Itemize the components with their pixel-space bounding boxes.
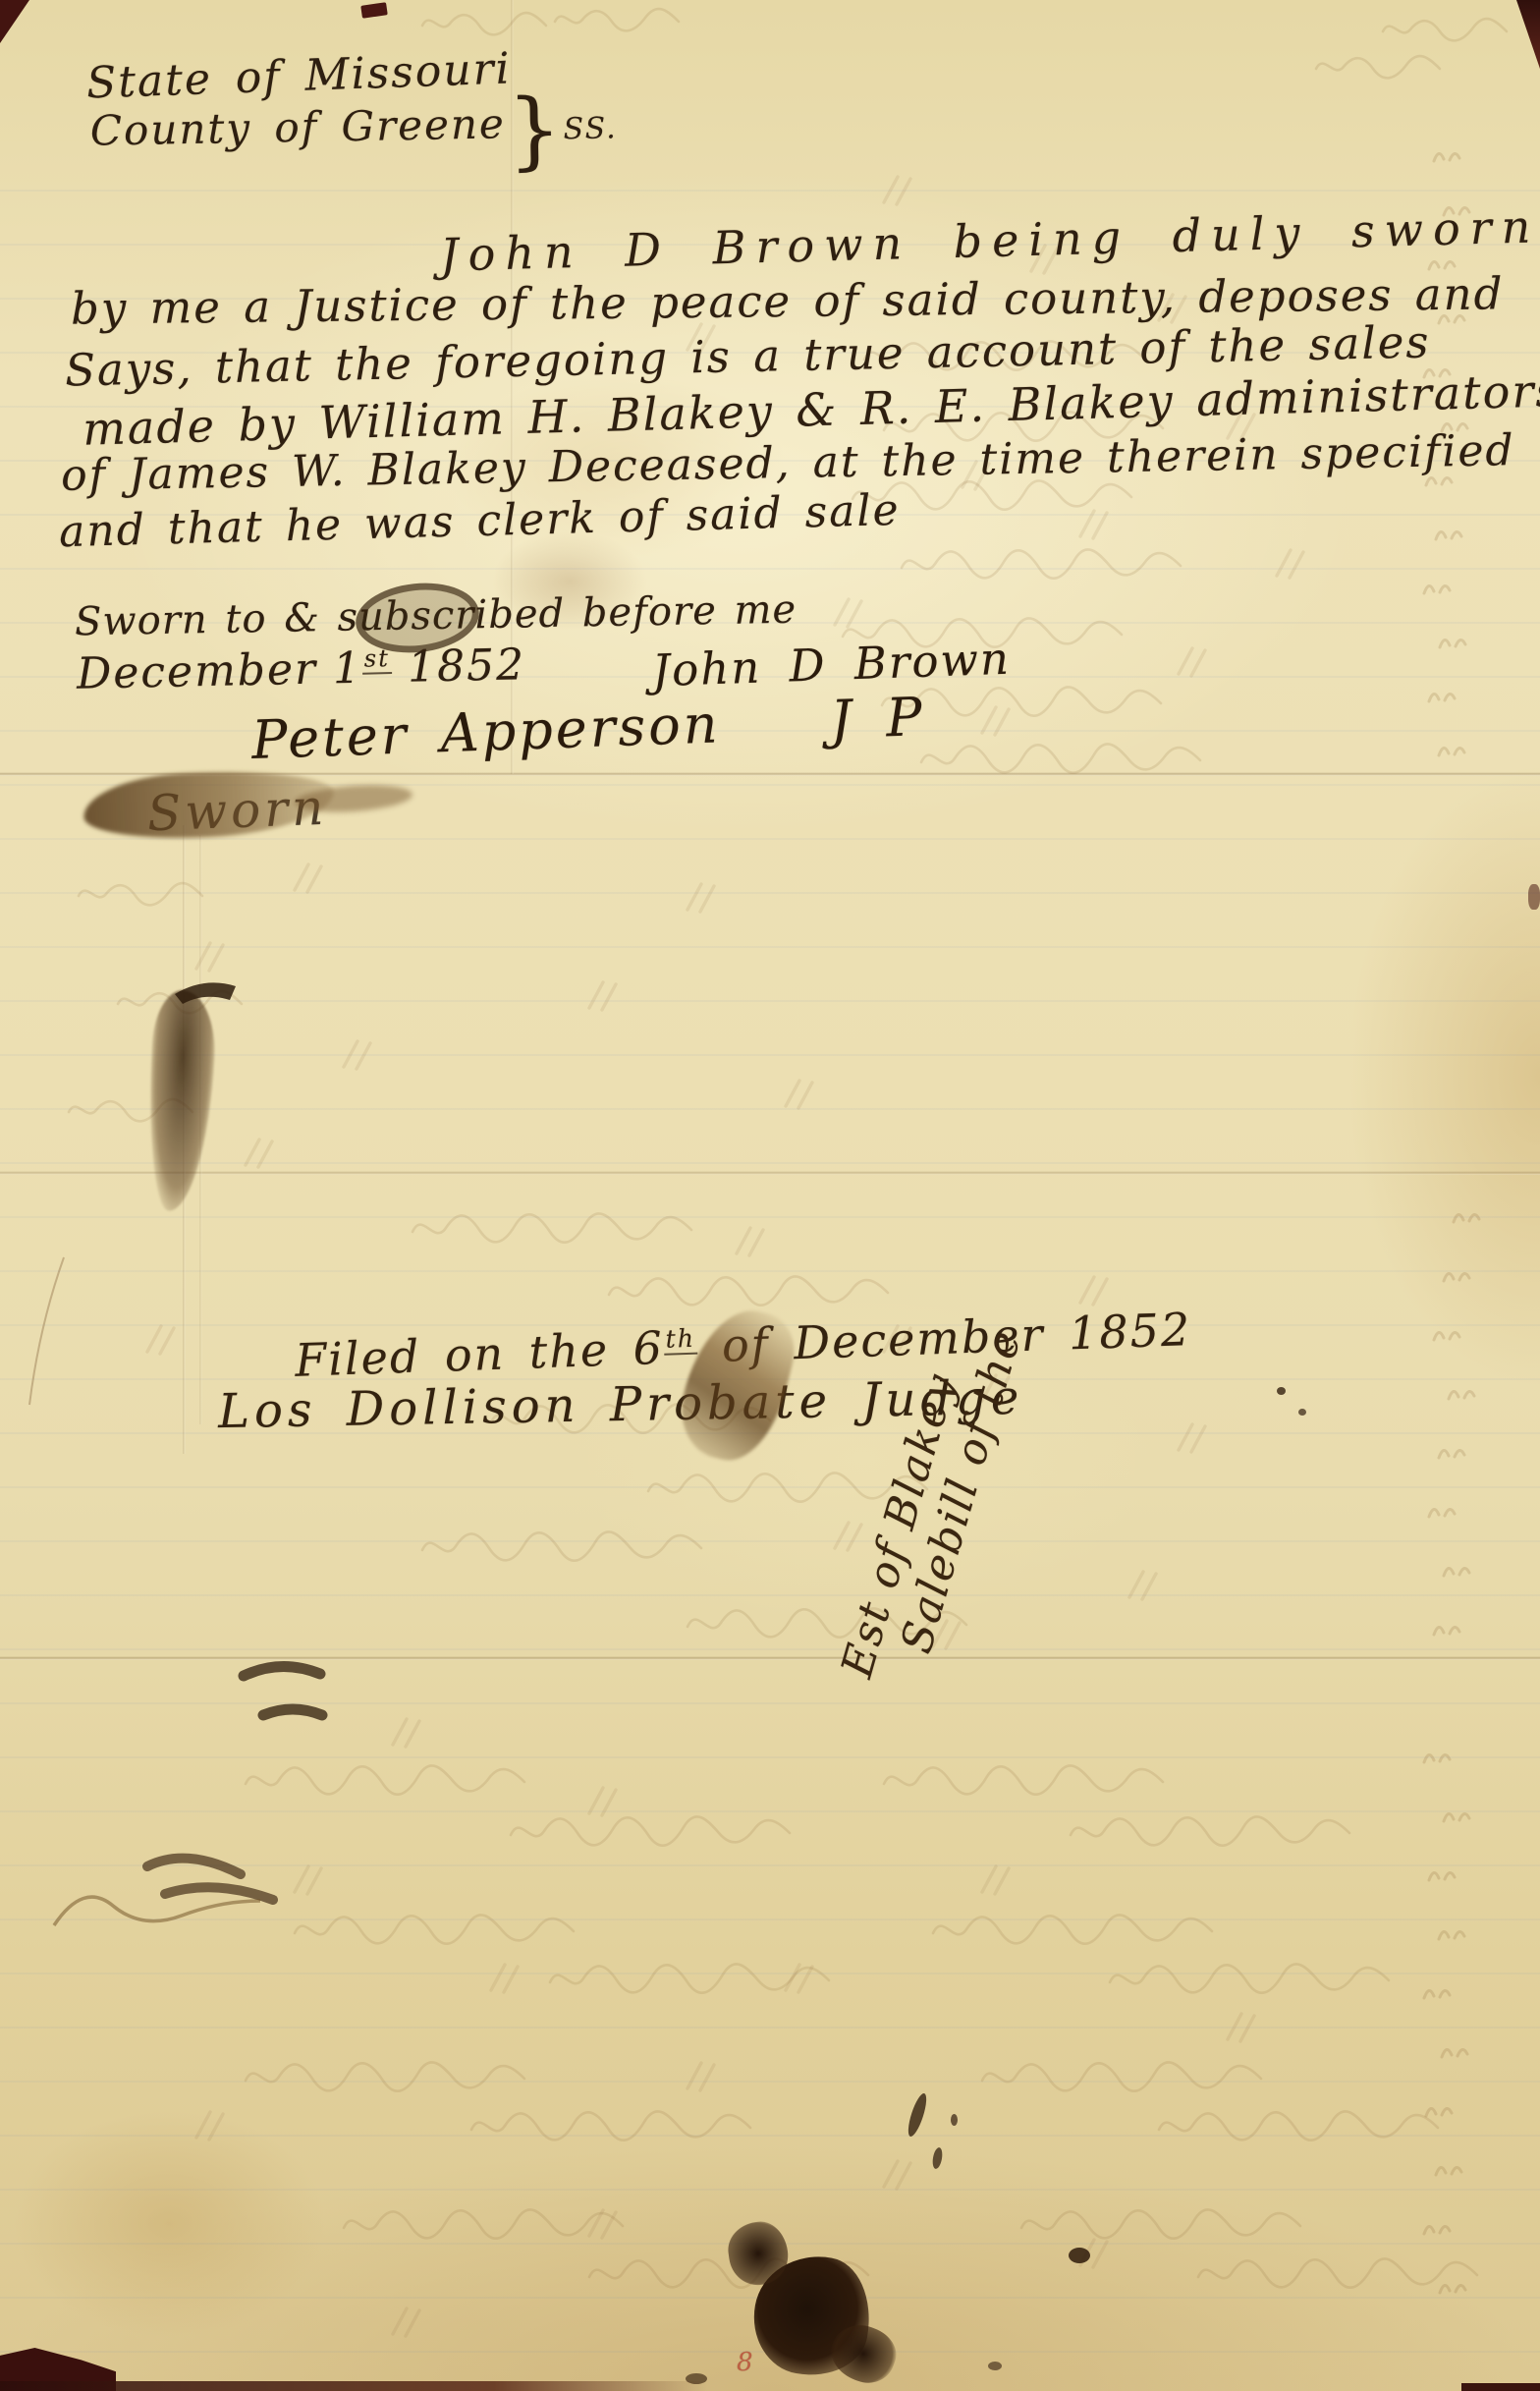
struck-word-sworn: Sworn	[146, 779, 328, 842]
jurat-date-text: December 1	[77, 643, 363, 699]
ss-brace: }	[507, 98, 564, 162]
county-line-text: County of Greene	[89, 99, 506, 154]
jurat-date-superscript: st	[361, 644, 392, 675]
page-number-mark: 8	[737, 2348, 753, 2377]
justice-signature-title: J P	[829, 686, 925, 751]
ss-label: SS.	[563, 111, 618, 146]
county-line: County of Greene } SS.	[89, 97, 618, 170]
jurat-date-year: 1852	[392, 639, 526, 693]
filing-line-superscript: th	[663, 1323, 698, 1355]
scanned-document-page: State of Missouri County of Greene } SS.…	[0, 0, 1540, 2391]
jurat-date: December 1st 1852	[77, 639, 526, 699]
